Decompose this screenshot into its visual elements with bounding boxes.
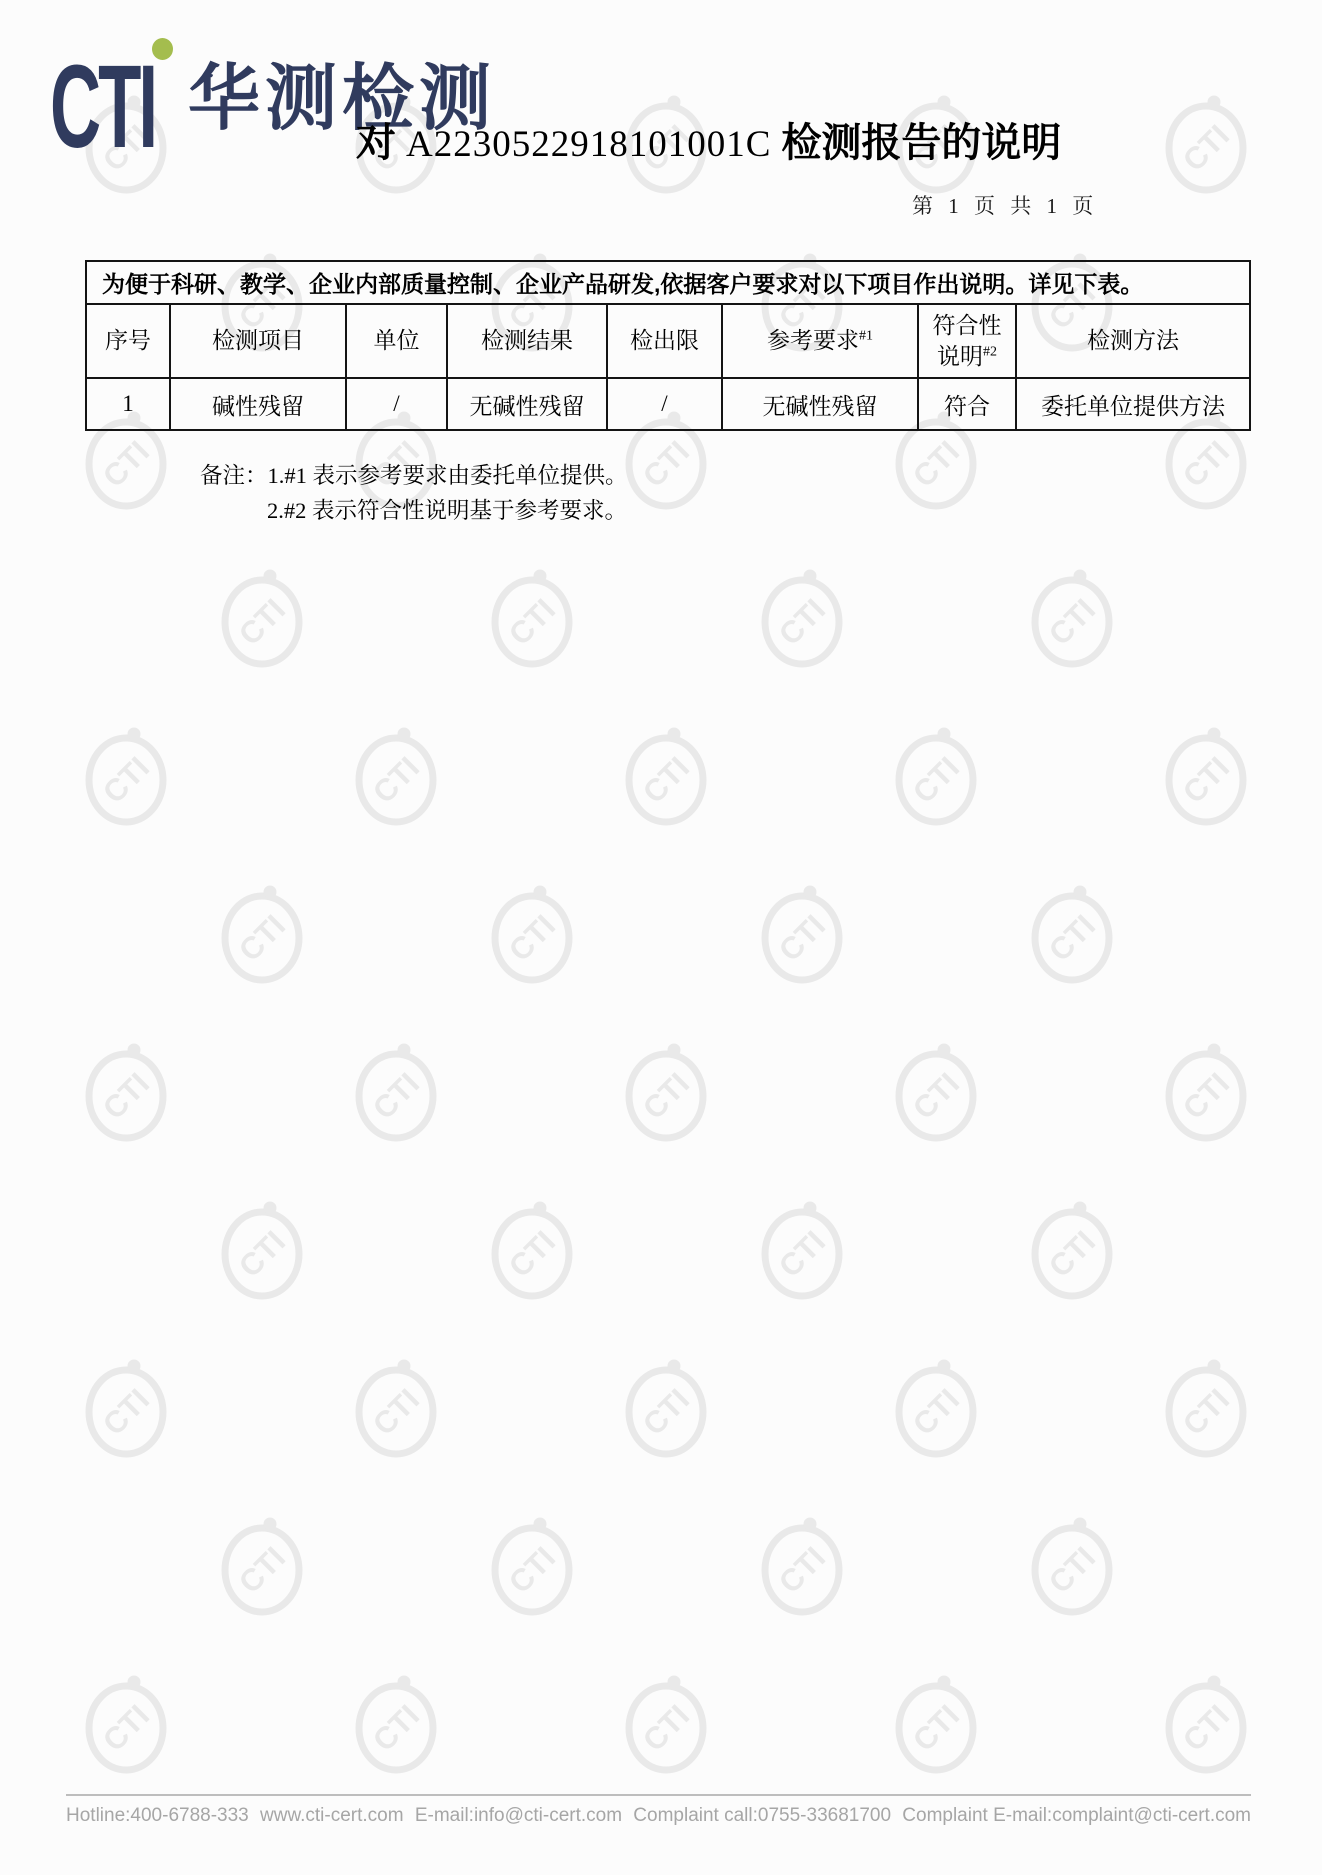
svg-text:CTI: CTI xyxy=(502,592,562,652)
conformity-superscript: #2 xyxy=(983,344,997,359)
footer-item-email: E-mail:info@cti-cert.com xyxy=(415,1805,622,1827)
svg-text:CTI: CTI xyxy=(636,750,696,810)
svg-text:CTI: CTI xyxy=(366,1698,426,1758)
svg-text:CTI: CTI xyxy=(772,908,832,968)
header-cell-limit: 检出限 xyxy=(607,304,722,378)
svg-text:CTI: CTI xyxy=(366,1066,426,1126)
cti-watermark: CTI xyxy=(1161,94,1251,194)
svg-text:CTI: CTI xyxy=(906,750,966,810)
logo-green-dot-icon xyxy=(152,38,173,60)
cti-watermark: CTI xyxy=(1027,884,1117,984)
footer-item-complaint-call: Complaint call:0755-33681700 xyxy=(633,1805,891,1827)
report-table: 为便于科研、教学、企业内部质量控制、企业产品研发,依据客户要求对以下项目作出说明… xyxy=(85,260,1251,431)
cti-watermark: CTI xyxy=(1161,1358,1251,1458)
svg-text:CTI: CTI xyxy=(772,592,832,652)
cti-watermark: CTI xyxy=(81,1042,171,1142)
cti-watermark: CTI xyxy=(891,1042,981,1142)
conformity-label-line2: 说明 xyxy=(937,344,983,369)
svg-text:CTI: CTI xyxy=(96,1382,156,1442)
header-cell-method: 检测方法 xyxy=(1016,304,1250,378)
svg-text:CTI: CTI xyxy=(502,1540,562,1600)
cell-item: 碱性残留 xyxy=(170,378,346,430)
svg-text:CTI: CTI xyxy=(906,1698,966,1758)
header-cell-result: 检测结果 xyxy=(447,304,607,378)
page-indicator: 第 1 页 共 1 页 xyxy=(912,190,1098,220)
footer: Hotline:400-6788-333 www.cti-cert.com E-… xyxy=(66,1794,1251,1827)
svg-text:CTI: CTI xyxy=(1042,592,1102,652)
header-cell-conformity: 符合性说明#2 xyxy=(918,304,1016,378)
header-cell-unit: 单位 xyxy=(346,304,447,378)
svg-text:CTI: CTI xyxy=(232,592,292,652)
cti-watermark: CTI xyxy=(621,1042,711,1142)
cti-watermark: CTI xyxy=(757,1200,847,1300)
cti-watermark: CTI xyxy=(621,726,711,826)
svg-text:CTI: CTI xyxy=(1176,1698,1236,1758)
cti-watermark: CTI xyxy=(81,1674,171,1774)
cell-result: 无碱性残留 xyxy=(447,378,607,430)
cti-watermark: CTI xyxy=(621,1358,711,1458)
notes-label: 备注： xyxy=(200,463,268,488)
svg-text:CTI: CTI xyxy=(1042,908,1102,968)
svg-text:CTI: CTI xyxy=(636,1698,696,1758)
cti-watermark: CTI xyxy=(757,884,847,984)
cell-conformity: 符合 xyxy=(918,378,1016,430)
svg-text:CTI: CTI xyxy=(906,1382,966,1442)
cti-watermark: CTI xyxy=(351,726,441,826)
cti-watermark: CTI xyxy=(351,1358,441,1458)
table-header-row: 序号 检测项目 单位 检测结果 检出限 参考要求#1 符合性说明#2 检测方法 xyxy=(86,304,1250,378)
report-title: 对A2230522918101001C检测报告的说明 xyxy=(356,120,1061,175)
svg-text:CTI: CTI xyxy=(502,908,562,968)
cell-reference: 无碱性残留 xyxy=(722,378,918,430)
reference-label: 参考要求 xyxy=(767,328,859,353)
svg-text:CTI: CTI xyxy=(366,1382,426,1442)
conformity-label-line1: 符合性 xyxy=(933,313,1002,338)
cell-limit: / xyxy=(607,378,722,430)
svg-text:CTI: CTI xyxy=(1176,434,1236,494)
cti-watermark: CTI xyxy=(1027,568,1117,668)
cti-watermark: CTI xyxy=(81,1358,171,1458)
note-item-1: 1.#1 表示参考要求由委托单位提供。 xyxy=(268,463,628,488)
cti-watermark: CTI xyxy=(351,1674,441,1774)
svg-text:CTI: CTI xyxy=(1042,1224,1102,1284)
svg-text:CTI: CTI xyxy=(1176,1066,1236,1126)
table-banner-row: 为便于科研、教学、企业内部质量控制、企业产品研发,依据客户要求对以下项目作出说明… xyxy=(86,261,1250,304)
svg-text:CTI: CTI xyxy=(1042,1540,1102,1600)
cti-watermark: CTI xyxy=(81,726,171,826)
header-cell-seq: 序号 xyxy=(86,304,170,378)
svg-text:CTI: CTI xyxy=(1176,1382,1236,1442)
cti-watermark: CTI xyxy=(1161,1674,1251,1774)
cti-watermark: CTI xyxy=(487,1200,577,1300)
note-item-2: 2.#2 表示符合性说明基于参考要求。 xyxy=(267,498,627,523)
svg-text:CTI: CTI xyxy=(232,1540,292,1600)
title-suffix: 检测报告的说明 xyxy=(781,121,1061,165)
note-line-2: 2.#2 表示符合性说明基于参考要求。 xyxy=(200,493,628,528)
cti-watermark: CTI xyxy=(891,1358,981,1458)
svg-text:CTI: CTI xyxy=(96,1698,156,1758)
svg-text:CTI: CTI xyxy=(96,750,156,810)
cti-watermark: CTI xyxy=(351,1042,441,1142)
footer-item-website: www.cti-cert.com xyxy=(260,1805,404,1827)
footer-item-hotline: Hotline:400-6788-333 xyxy=(66,1805,249,1827)
cti-watermark: CTI xyxy=(757,1516,847,1616)
cti-watermark: CTI xyxy=(891,1674,981,1774)
svg-text:CTI: CTI xyxy=(772,1540,832,1600)
cell-method: 委托单位提供方法 xyxy=(1016,378,1250,430)
svg-text:CTI: CTI xyxy=(636,1382,696,1442)
cti-watermark: CTI xyxy=(757,568,847,668)
cti-watermark: CTI xyxy=(1161,1042,1251,1142)
cti-watermark: CTI xyxy=(891,726,981,826)
note-line-1: 备注：1.#1 表示参考要求由委托单位提供。 xyxy=(200,458,628,493)
svg-text:CTI: CTI xyxy=(232,1224,292,1284)
svg-text:CTI: CTI xyxy=(1176,118,1236,178)
cti-watermark: CTI xyxy=(1161,726,1251,826)
header-cell-reference: 参考要求#1 xyxy=(722,304,918,378)
footer-item-complaint-email: Complaint E-mail:complaint@cti-cert.com xyxy=(902,1805,1251,1827)
svg-text:CTI: CTI xyxy=(636,1066,696,1126)
cti-watermark: CTI xyxy=(1027,1516,1117,1616)
svg-text:CTI: CTI xyxy=(366,750,426,810)
reference-superscript: #1 xyxy=(859,329,873,344)
svg-text:CTI: CTI xyxy=(502,1224,562,1284)
svg-text:CTI: CTI xyxy=(96,434,156,494)
cell-seq: 1 xyxy=(86,378,170,430)
svg-text:CTI: CTI xyxy=(232,908,292,968)
cti-watermark: CTI xyxy=(217,1516,307,1616)
logo-cti-text: CTI xyxy=(50,48,155,166)
table-row: 1 碱性残留 / 无碱性残留 / 无碱性残留 符合 委托单位提供方法 xyxy=(86,378,1250,430)
report-page: CTICTICTICTICTICTICTICTICTICTICTICTICTIC… xyxy=(0,0,1322,1875)
cti-watermark: CTI xyxy=(487,1516,577,1616)
header-cell-item: 检测项目 xyxy=(170,304,346,378)
cti-watermark: CTI xyxy=(487,568,577,668)
table-banner: 为便于科研、教学、企业内部质量控制、企业产品研发,依据客户要求对以下项目作出说明… xyxy=(86,261,1250,304)
svg-text:CTI: CTI xyxy=(906,1066,966,1126)
cti-watermark: CTI xyxy=(1027,1200,1117,1300)
svg-text:CTI: CTI xyxy=(906,434,966,494)
cti-watermark: CTI xyxy=(217,1200,307,1300)
title-prefix: 对 xyxy=(356,121,396,165)
cti-watermark: CTI xyxy=(621,1674,711,1774)
svg-text:CTI: CTI xyxy=(772,1224,832,1284)
svg-text:CTI: CTI xyxy=(1176,750,1236,810)
cti-watermark: CTI xyxy=(217,884,307,984)
svg-text:CTI: CTI xyxy=(636,434,696,494)
cti-watermark: CTI xyxy=(217,568,307,668)
report-number: A2230522918101001C xyxy=(406,124,771,165)
svg-text:CTI: CTI xyxy=(96,1066,156,1126)
cti-watermark: CTI xyxy=(487,884,577,984)
cell-unit: / xyxy=(346,378,447,430)
notes: 备注：1.#1 表示参考要求由委托单位提供。 2.#2 表示符合性说明基于参考要… xyxy=(200,458,628,528)
